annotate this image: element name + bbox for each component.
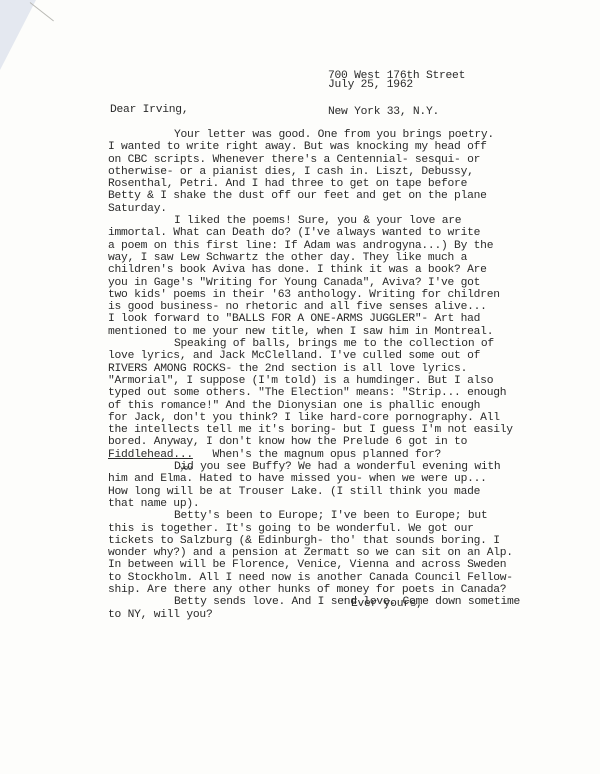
text-line: Betty sends love. And I send love. Come … (108, 596, 520, 608)
text-line: for Jack, don't you think? I like hard-c… (108, 412, 520, 424)
text-line: immortal. What can Death do? (I've alway… (108, 227, 520, 239)
salutation: Dear Irving, (110, 104, 188, 116)
underlined-title: Fiddlehead... (108, 449, 193, 461)
text-line: Betty & I shake the dust off our feet an… (108, 190, 520, 202)
text-line: otherwise- or a pianist dies, I cash in.… (108, 166, 520, 178)
text-line: love lyrics, and Jack McClelland. I've c… (108, 350, 520, 362)
text-line: bored. Anyway, I don't know how the Prel… (108, 436, 520, 448)
text-line: Speaking of balls, brings me to the coll… (108, 338, 520, 350)
folded-corner (0, 0, 36, 70)
text-line: this is together. It's going to be wonde… (108, 523, 520, 535)
text-line: that name up). (108, 498, 520, 510)
text-line: wonder why?) and a pension at Zermatt so… (108, 547, 520, 559)
text-line: is good business- no rhetoric and all fi… (108, 301, 520, 313)
address-line: New York 33, N.Y. (328, 106, 465, 118)
text-line: Your letter was good. One from you bring… (108, 129, 520, 141)
text-line: Fiddlehead... When's the magnum opus pla… (108, 449, 520, 461)
paragraph: Betty's been to Europe; I've been to Eur… (108, 510, 520, 596)
paragraph: Betty sends love. And I send love. Come … (108, 596, 520, 621)
paragraph: Your letter was good. One from you bring… (108, 129, 520, 215)
text-line: "Armorial", I suppose (I'm told) is a hu… (108, 375, 520, 387)
paragraph: Speaking of balls, brings me to the coll… (108, 338, 520, 461)
letter-body: Your letter was good. One from you bring… (108, 129, 520, 621)
handwritten-insertion: you (180, 466, 192, 473)
text-line: to NY, will you? (108, 609, 520, 621)
text-line: ship. Are there any other hunks of money… (108, 584, 520, 596)
text-line: a poem on this first line: If Adam was a… (108, 240, 520, 252)
text-line: Rosenthal, Petri. And I had three to get… (108, 178, 520, 190)
text-line: Betty's been to Europe; I've been to Eur… (108, 510, 520, 522)
text-line: to Stockholm. All I need now is another … (108, 572, 520, 584)
letter-date: July 25, 1962 (328, 79, 413, 91)
text-line: tickets to Salzburg (& Edinburgh- tho' t… (108, 535, 520, 547)
text-line: How long will be at Trouser Lake. (I sti… (108, 486, 520, 498)
text-line: way, I saw Lew Schwartz the other day. T… (108, 252, 520, 264)
text-line: I wanted to write right away. But was kn… (108, 141, 520, 153)
text-line: Saturday. (108, 203, 520, 215)
closing: Ever yours, (351, 598, 423, 610)
letter-page: 700 West 176th Street New York 33, N.Y. … (0, 0, 600, 774)
text-line: the intellects tell me it's boring- but … (108, 424, 520, 436)
text-line: two kids' poems in their '63 anthology. … (108, 289, 520, 301)
text-line: I liked the poems! Sure, you & your love… (108, 215, 520, 227)
text-line: In between will be Florence, Venice, Vie… (108, 559, 520, 571)
paragraph: Did you see Buffy? We had a wonderful ev… (108, 461, 520, 510)
text-line: on CBC scripts. Whenever there's a Cente… (108, 154, 520, 166)
text-line: mentioned to me your new title, when I s… (108, 326, 520, 338)
paragraph: I liked the poems! Sure, you & your love… (108, 215, 520, 338)
text-line: typed out some others. "The Election" me… (108, 387, 520, 399)
text-line: you in Gage's "Writing for Young Canada"… (108, 277, 520, 289)
text-line: Did you see Buffy? We had a wonderful ev… (108, 461, 520, 473)
text-line: RIVERS AMONG ROCKS- the 2nd section is a… (108, 363, 520, 375)
text-line: I look forward to "BALLS FOR A ONE-ARMS … (108, 313, 520, 325)
text-line: of this romance!" And the Dionysian one … (108, 400, 520, 412)
text-line: him and Elma. Hated to have missed you- … (108, 473, 520, 485)
text-line: children's book Aviva has done. I think … (108, 264, 520, 276)
